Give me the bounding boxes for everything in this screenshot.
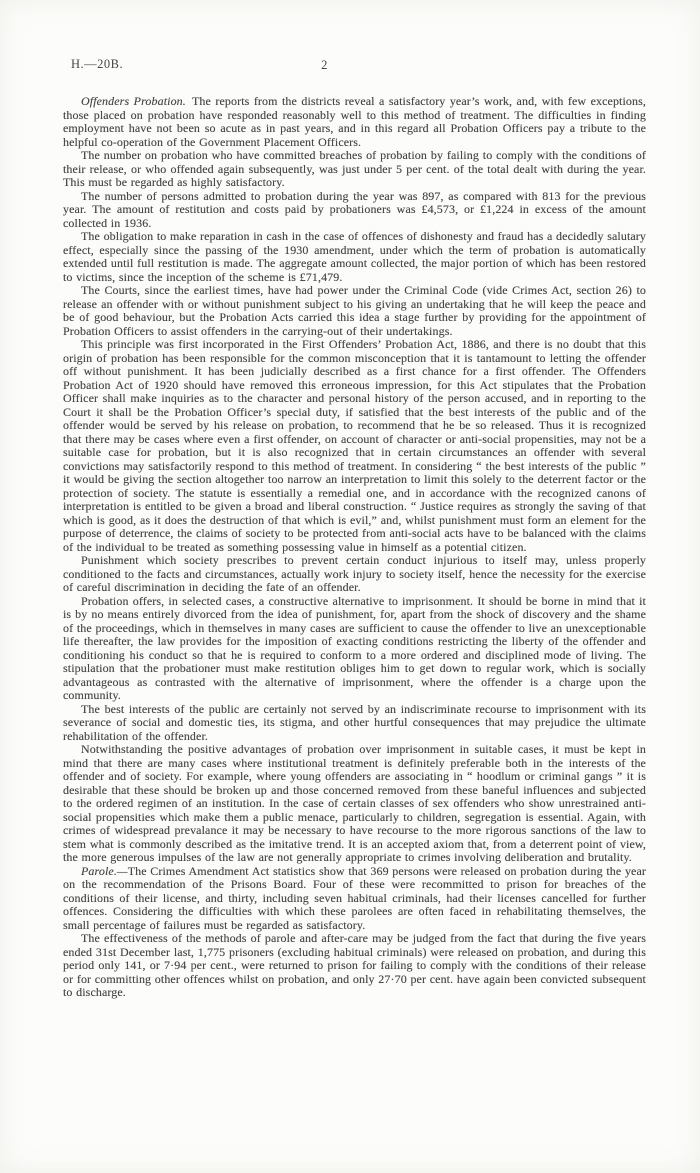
document-page: H.—20B. 2 Offenders Probation. The repor… [0, 0, 700, 1173]
paragraph: The effectiveness of the methods of paro… [63, 932, 646, 1000]
paragraph: The number on probation who have committ… [63, 149, 646, 190]
page-header: H.—20B. 2 [63, 57, 646, 73]
paragraph-lead: Offenders Probation. [81, 94, 186, 108]
paragraph: The obligation to make reparation in cas… [63, 230, 646, 284]
document-body: Offenders Probation. The reports from th… [63, 95, 646, 1000]
paragraph: The Courts, since the earliest times, ha… [63, 284, 646, 338]
paragraph-lead: Parole.— [81, 864, 128, 878]
paragraph: The number of persons admitted to probat… [63, 190, 646, 231]
paragraph: Notwithstanding the positive advantages … [63, 743, 646, 865]
paragraph: This principle was first incorporated in… [63, 338, 646, 554]
paragraph: The best interests of the public are cer… [63, 703, 646, 744]
paragraph: Punishment which society prescribes to p… [63, 554, 646, 595]
paragraph: Probation offers, in selected cases, a c… [63, 595, 646, 703]
page-number: 2 [63, 58, 586, 73]
paragraph: Offenders Probation. The reports from th… [63, 95, 646, 149]
paragraph: Parole.—The Crimes Amendment Act statist… [63, 865, 646, 933]
